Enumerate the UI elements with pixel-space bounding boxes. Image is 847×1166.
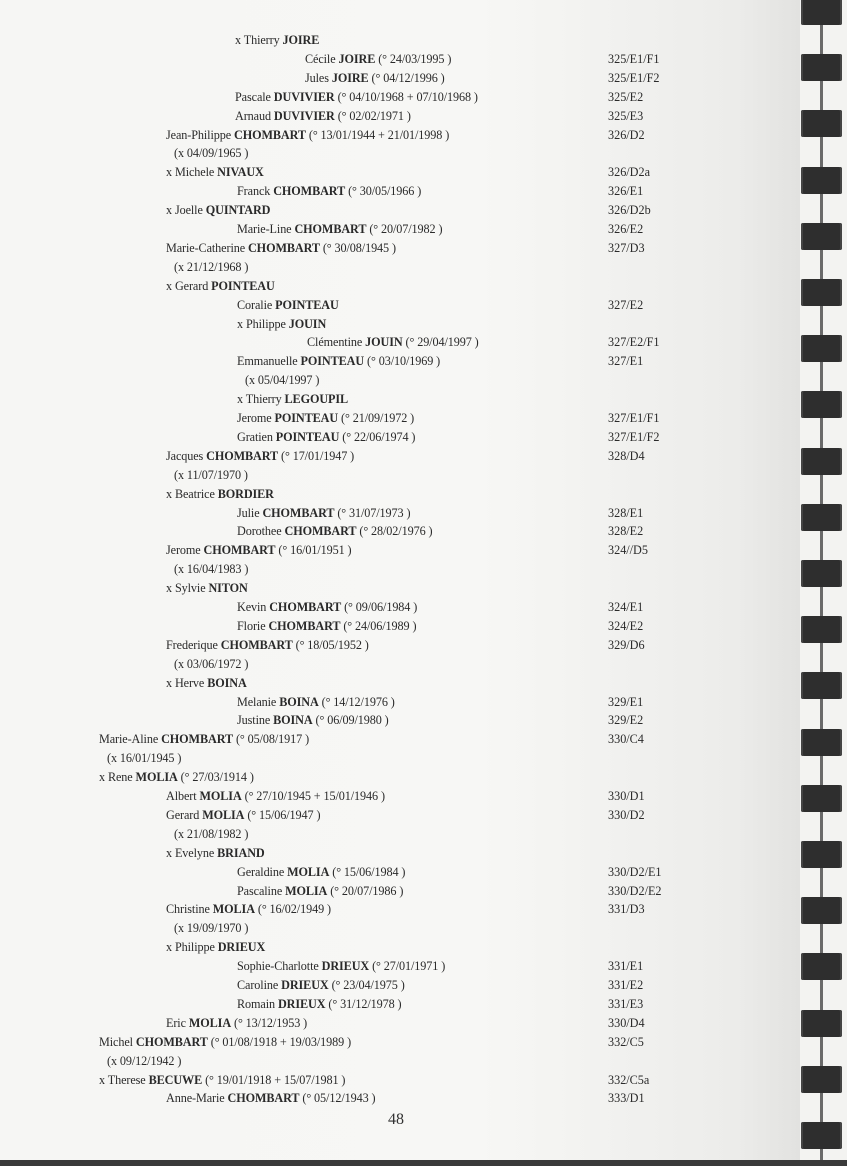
binding-ring: [801, 897, 842, 924]
reference-code: 330/D2: [608, 806, 645, 825]
surname: MOLIA: [189, 1016, 231, 1030]
binding-ring: [801, 1122, 842, 1149]
surname: MOLIA: [213, 902, 255, 916]
binding-ring: [801, 1010, 842, 1037]
binding-ring: [801, 729, 842, 756]
binding-ring: [801, 560, 842, 587]
reference-code: 330/D1: [608, 787, 645, 806]
reference-code: 327/D3: [608, 239, 645, 258]
person-entry: Arnaud DUVIVIER (° 02/02/1971 ): [235, 107, 411, 126]
surname: DRIEUX: [278, 997, 325, 1011]
reference-code: 327/E1/F1: [608, 409, 659, 428]
person-entry: Geraldine MOLIA (° 15/06/1984 ): [237, 863, 405, 882]
surname: BRIAND: [217, 846, 264, 860]
reference-code: 326/D2: [608, 126, 645, 145]
marriage-date: (x 16/01/1945 ): [107, 749, 181, 768]
reference-code: 325/E2: [608, 88, 643, 107]
surname: POINTEAU: [275, 411, 339, 425]
person-entry: x Joelle QUINTARD: [166, 201, 270, 220]
person-entry: Gerard MOLIA (° 15/06/1947 ): [166, 806, 320, 825]
person-entry: x Thierry LEGOUPIL: [237, 390, 348, 409]
binding-ring: [801, 54, 842, 81]
person-entry: x Therese BECUWE (° 19/01/1918 + 15/07/1…: [99, 1071, 345, 1090]
marriage-date: (x 09/12/1942 ): [107, 1052, 181, 1071]
person-entry: x Michele NIVAUX: [166, 163, 264, 182]
reference-code: 330/D4: [608, 1014, 645, 1033]
surname: JOUIN: [365, 335, 402, 349]
binding-ring: [801, 110, 842, 137]
reference-code: 329/D6: [608, 636, 645, 655]
surname: CHOMBART: [234, 128, 306, 142]
surname: POINTEAU: [275, 298, 339, 312]
person-entry: Jerome CHOMBART (° 16/01/1951 ): [166, 541, 352, 560]
person-entry: Jules JOIRE (° 04/12/1996 ): [305, 69, 445, 88]
binding-ring: [801, 335, 842, 362]
person-entry: Pascale DUVIVIER (° 04/10/1968 + 07/10/1…: [235, 88, 478, 107]
marriage-date: (x 19/09/1970 ): [174, 919, 248, 938]
binding-ring: [801, 391, 842, 418]
reference-code: 327/E1/F2: [608, 428, 659, 447]
surname: CHOMBART: [269, 600, 341, 614]
surname: MOLIA: [287, 865, 329, 879]
reference-code: 331/E3: [608, 995, 643, 1014]
surname: POINTEAU: [211, 279, 275, 293]
surname: DUVIVIER: [274, 90, 335, 104]
surname: DUVIVIER: [274, 109, 335, 123]
person-entry: Albert MOLIA (° 27/10/1945 + 15/01/1946 …: [166, 787, 385, 806]
person-entry: Michel CHOMBART (° 01/08/1918 + 19/03/19…: [99, 1033, 351, 1052]
surname: NIVAUX: [217, 165, 264, 179]
person-entry: x Rene MOLIA (° 27/03/1914 ): [99, 768, 254, 787]
surname: POINTEAU: [301, 354, 365, 368]
reference-code: 327/E2/F1: [608, 333, 659, 352]
surname: CHOMBART: [204, 543, 276, 557]
binding-ring: [801, 785, 842, 812]
binding-ring: [801, 672, 842, 699]
page-bottom-edge: [0, 1160, 847, 1166]
surname: MOLIA: [199, 789, 241, 803]
surname: MOLIA: [285, 884, 327, 898]
surname: CHOMBART: [221, 638, 293, 652]
person-entry: Coralie POINTEAU: [237, 296, 339, 315]
marriage-date: (x 05/04/1997 ): [245, 371, 319, 390]
surname: CHOMBART: [268, 619, 340, 633]
document-page: x Thierry JOIRE Cécile JOIRE (° 24/03/19…: [0, 0, 800, 1166]
binding-ring: [801, 223, 842, 250]
reference-code: 331/E2: [608, 976, 643, 995]
binding-ring: [801, 1066, 842, 1093]
reference-code: 325/E1/F2: [608, 69, 659, 88]
person-entry: Caroline DRIEUX (° 23/04/1975 ): [237, 976, 405, 995]
reference-code: 332/C5: [608, 1033, 644, 1052]
person-entry: Eric MOLIA (° 13/12/1953 ): [166, 1014, 307, 1033]
person-entry: Franck CHOMBART (° 30/05/1966 ): [237, 182, 421, 201]
reference-code: 324//D5: [608, 541, 648, 560]
marriage-date: (x 11/07/1970 ): [174, 466, 248, 485]
reference-code: 330/D2/E1: [608, 863, 662, 882]
person-entry: Jacques CHOMBART (° 17/01/1947 ): [166, 447, 354, 466]
reference-code: 328/E1: [608, 504, 643, 523]
surname: BORDIER: [218, 487, 274, 501]
surname: BOINA: [279, 695, 318, 709]
reference-code: 333/D1: [608, 1089, 645, 1108]
binding-ring: [801, 448, 842, 475]
person-entry: x Philippe JOUIN: [237, 315, 326, 334]
person-entry: Florie CHOMBART (° 24/06/1989 ): [237, 617, 416, 636]
reference-code: 325/E1/F1: [608, 50, 659, 69]
person-entry: Emmanuelle POINTEAU (° 03/10/1969 ): [237, 352, 440, 371]
surname: DRIEUX: [322, 959, 369, 973]
surname: JOIRE: [338, 52, 375, 66]
reference-code: 327/E2: [608, 296, 643, 315]
reference-code: 328/D4: [608, 447, 645, 466]
person-entry: Dorothee CHOMBART (° 28/02/1976 ): [237, 522, 432, 541]
surname: BECUWE: [149, 1073, 203, 1087]
marriage-date: (x 03/06/1972 ): [174, 655, 248, 674]
reference-code: 329/E2: [608, 711, 643, 730]
person-entry: Marie-Aline CHOMBART (° 05/08/1917 ): [99, 730, 309, 749]
person-entry: Julie CHOMBART (° 31/07/1973 ): [237, 504, 410, 523]
person-entry: x Philippe DRIEUX: [166, 938, 265, 957]
surname: JOIRE: [332, 71, 369, 85]
person-entry: Justine BOINA (° 06/09/1980 ): [237, 711, 389, 730]
binding-ring: [801, 279, 842, 306]
person-entry: Jerome POINTEAU (° 21/09/1972 ): [237, 409, 414, 428]
reference-code: 324/E2: [608, 617, 643, 636]
person-entry: Sophie-Charlotte DRIEUX (° 27/01/1971 ): [237, 957, 445, 976]
page-number: 48: [388, 1111, 404, 1129]
person-entry: Gratien POINTEAU (° 22/06/1974 ): [237, 428, 415, 447]
reference-code: 325/E3: [608, 107, 643, 126]
person-entry: Clémentine JOUIN (° 29/04/1997 ): [307, 333, 479, 352]
person-entry: Romain DRIEUX (° 31/12/1978 ): [237, 995, 402, 1014]
surname: CHOMBART: [161, 732, 233, 746]
binding-ring: [801, 841, 842, 868]
reference-code: 332/C5a: [608, 1071, 649, 1090]
surname: CHOMBART: [273, 184, 345, 198]
binding-ring: [801, 0, 842, 25]
reference-code: 327/E1: [608, 352, 643, 371]
binding-ring: [801, 616, 842, 643]
surname: DRIEUX: [281, 978, 328, 992]
reference-code: 331/E1: [608, 957, 643, 976]
marriage-date: (x 21/12/1968 ): [174, 258, 248, 277]
surname: BOINA: [207, 676, 246, 690]
person-entry: Marie-Catherine CHOMBART (° 30/08/1945 ): [166, 239, 396, 258]
surname: CHOMBART: [285, 524, 357, 538]
reference-code: 324/E1: [608, 598, 643, 617]
surname: CHOMBART: [294, 222, 366, 236]
person-entry: Melanie BOINA (° 14/12/1976 ): [237, 693, 395, 712]
surname: CHOMBART: [206, 449, 278, 463]
person-entry: Christine MOLIA (° 16/02/1949 ): [166, 900, 331, 919]
surname: CHOMBART: [248, 241, 320, 255]
reference-code: 328/E2: [608, 522, 643, 541]
person-entry: x Thierry JOIRE: [235, 31, 319, 50]
surname: POINTEAU: [276, 430, 340, 444]
marriage-date: (x 21/08/1982 ): [174, 825, 248, 844]
surname: CHOMBART: [262, 506, 334, 520]
reference-code: 326/E2: [608, 220, 643, 239]
person-entry: x Herve BOINA: [166, 674, 247, 693]
binding-ring: [801, 167, 842, 194]
marriage-date: (x 04/09/1965 ): [174, 144, 248, 163]
reference-code: 326/E1: [608, 182, 643, 201]
person-entry: Frederique CHOMBART (° 18/05/1952 ): [166, 636, 369, 655]
surname: MOLIA: [202, 808, 244, 822]
surname: CHOMBART: [136, 1035, 208, 1049]
person-entry: Jean-Philippe CHOMBART (° 13/01/1944 + 2…: [166, 126, 449, 145]
reference-code: 326/D2b: [608, 201, 651, 220]
reference-code: 326/D2a: [608, 163, 650, 182]
reference-code: 331/D3: [608, 900, 645, 919]
surname: NITON: [208, 581, 247, 595]
person-entry: Cécile JOIRE (° 24/03/1995 ): [305, 50, 451, 69]
person-entry: Marie-Line CHOMBART (° 20/07/1982 ): [237, 220, 442, 239]
surname: QUINTARD: [206, 203, 271, 217]
reference-code: 330/C4: [608, 730, 644, 749]
surname: MOLIA: [136, 770, 178, 784]
binding-ring: [801, 504, 842, 531]
person-entry: Anne-Marie CHOMBART (° 05/12/1943 ): [166, 1089, 375, 1108]
marriage-date: (x 16/04/1983 ): [174, 560, 248, 579]
surname: BOINA: [273, 713, 312, 727]
person-entry: x Sylvie NITON: [166, 579, 248, 598]
surname: CHOMBART: [228, 1091, 300, 1105]
surname: JOIRE: [283, 33, 320, 47]
person-entry: Kevin CHOMBART (° 09/06/1984 ): [237, 598, 417, 617]
person-entry: x Evelyne BRIAND: [166, 844, 265, 863]
surname: JOUIN: [289, 317, 326, 331]
surname: DRIEUX: [218, 940, 265, 954]
surname: LEGOUPIL: [285, 392, 349, 406]
person-entry: Pascaline MOLIA (° 20/07/1986 ): [237, 882, 403, 901]
reference-code: 330/D2/E2: [608, 882, 662, 901]
reference-code: 329/E1: [608, 693, 643, 712]
binding-ring: [801, 953, 842, 980]
person-entry: x Gerard POINTEAU: [166, 277, 275, 296]
person-entry: x Beatrice BORDIER: [166, 485, 274, 504]
